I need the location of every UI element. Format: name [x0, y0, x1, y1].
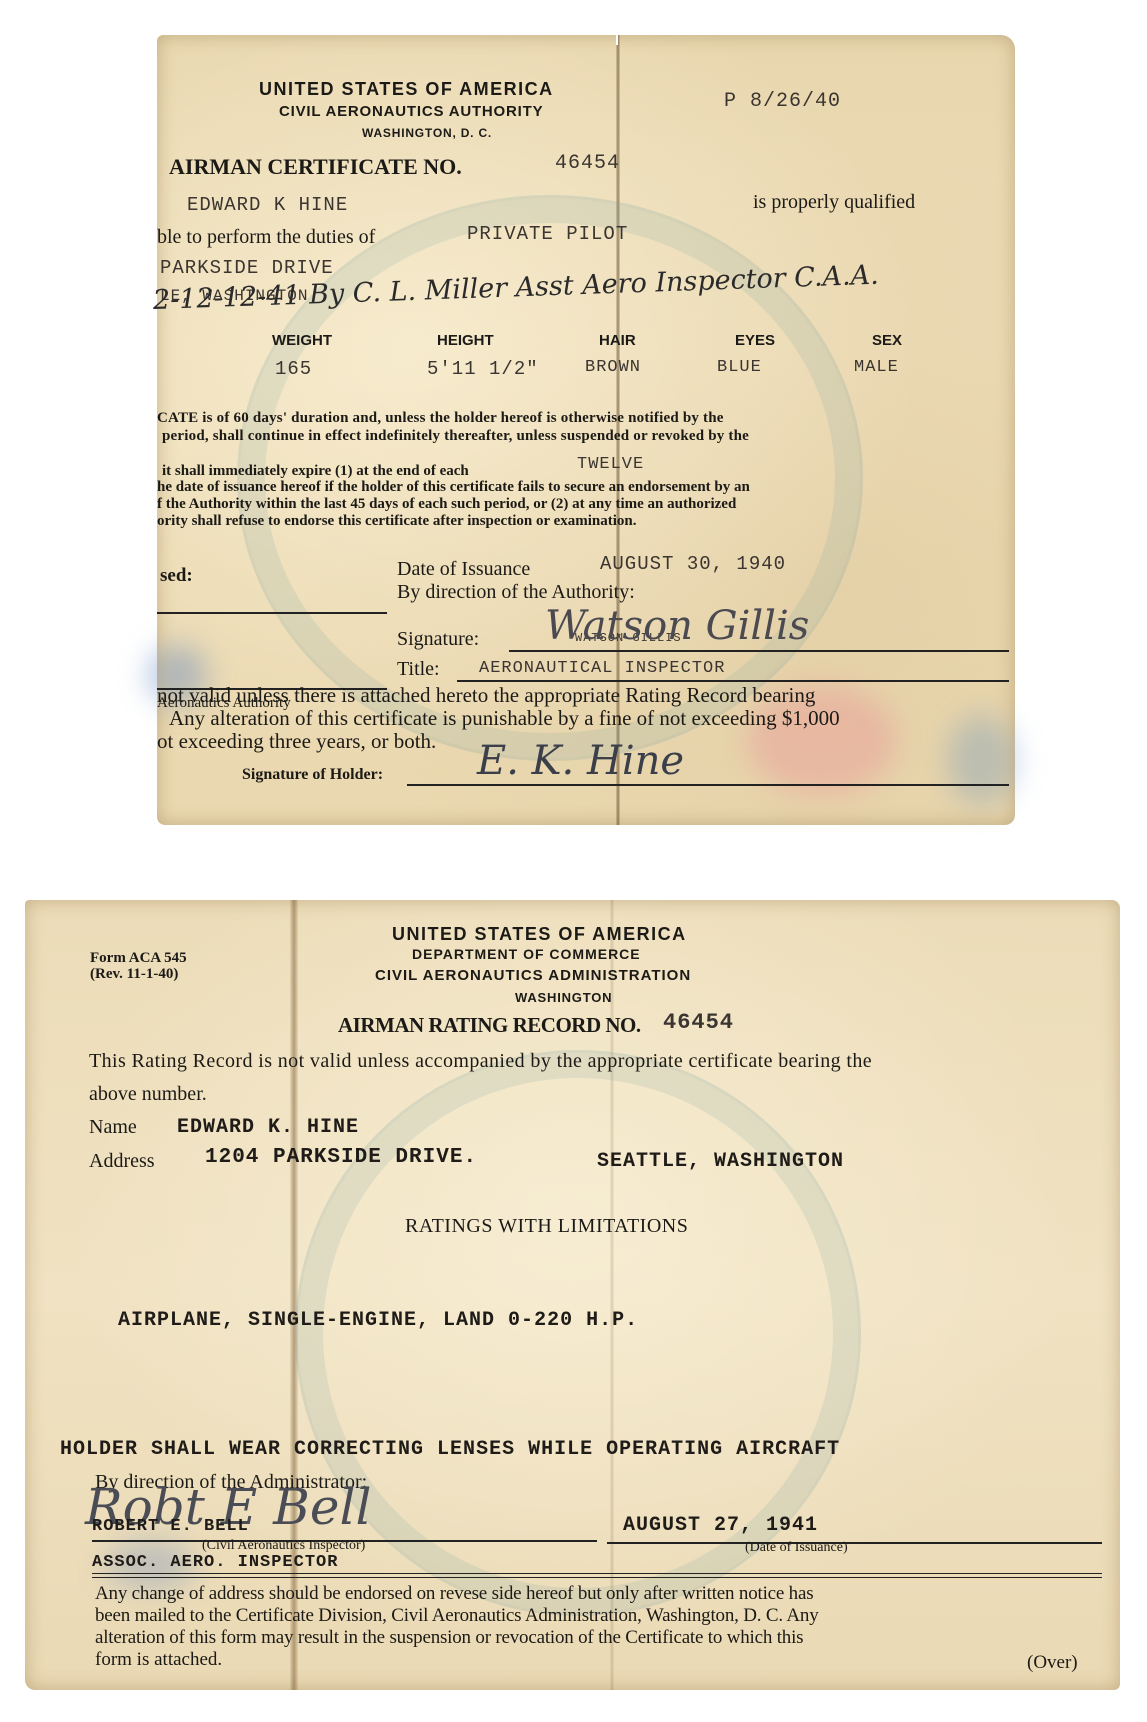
value-height: 5'11 1/2"	[427, 358, 539, 380]
terms-line-2: period, shall continue in effect indefin…	[162, 428, 749, 445]
rating-value: AIRPLANE, SINGLE-ENGINE, LAND 0-220 H.P.	[118, 1309, 638, 1332]
terms-line-1: CATE is of 60 days' duration and, unless…	[157, 410, 1012, 427]
certificate-title: AIRMAN CERTIFICATE NO.	[169, 154, 462, 180]
direction-label: By direction of the Authority:	[397, 581, 635, 604]
label-eyes: EYES	[735, 332, 775, 349]
airman-certificate: UNITED STATES OF AMERICA CIVIL AERONAUTI…	[157, 35, 1015, 825]
blue-stain-right	[947, 715, 1017, 805]
validity-line-3: ot exceeding three years, or both.	[157, 729, 436, 754]
holder-signature: E. K. Hine	[477, 738, 684, 784]
validity-line-2: above number.	[89, 1083, 207, 1106]
date-of-issuance-value: AUGUST 30, 1940	[600, 553, 786, 575]
title-field-value: AERONAUTICAL INSPECTOR	[479, 659, 725, 678]
label-sex: SEX	[872, 332, 902, 349]
stamp-date: P 8/26/40	[724, 90, 841, 113]
title-rule-2	[92, 1577, 1102, 1578]
validity-line-1: This Rating Record is not valid unless a…	[89, 1050, 872, 1073]
header-city: WASHINGTON	[515, 990, 612, 1005]
value-eyes: BLUE	[717, 358, 762, 377]
terms-line-3: it shall immediately expire (1) at the e…	[162, 463, 469, 480]
issued-rule	[157, 612, 387, 614]
validity-line-1: not valid unless there is attached heret…	[157, 683, 815, 708]
qualified-text: is properly qualified	[753, 191, 915, 214]
over-label: (Over)	[1027, 1652, 1078, 1674]
title-rule	[92, 1573, 1102, 1574]
header-department: DEPARTMENT OF COMMERCE	[412, 946, 641, 962]
form-rev: (Rev. 11-1-40)	[90, 966, 178, 983]
tear-notch	[616, 33, 618, 45]
signature-rule	[509, 650, 1009, 652]
holder-name: EDWARD K HINE	[187, 194, 348, 216]
form-id: Form ACA 545	[90, 950, 187, 966]
header-country: UNITED STATES OF AMERICA	[259, 79, 554, 100]
value-hair: BROWN	[585, 358, 641, 377]
terms-line-5: f the Authority within the last 45 days …	[157, 496, 736, 513]
address-label: Address	[89, 1150, 155, 1173]
airman-rating-record: Form ACA 545 (Rev. 11-1-40) UNITED STATE…	[25, 900, 1120, 1690]
label-hair: HAIR	[599, 332, 636, 349]
header-country: UNITED STATES OF AMERICA	[392, 924, 687, 945]
period-value: TWELVE	[577, 455, 644, 474]
notice-line-1: Any change of address should be endorsed…	[95, 1583, 813, 1605]
limitation-value: HOLDER SHALL WEAR CORRECTING LENSES WHIL…	[60, 1438, 840, 1461]
value-weight: 165	[275, 358, 312, 380]
inspector-title: ASSOC. AERO. INSPECTOR	[92, 1553, 338, 1572]
signature-label: Signature:	[397, 628, 479, 651]
inspector-signature: Watson Gillis	[545, 603, 809, 649]
inspector-caption: (Civil Aeronautics Inspector)	[202, 1538, 365, 1554]
issue-date: AUGUST 27, 1941	[623, 1514, 818, 1537]
issue-date-rule	[607, 1542, 1102, 1544]
notice-line-2: been mailed to the Certificate Division,…	[95, 1605, 819, 1627]
address-city: SEATTLE, WASHINGTON	[597, 1150, 844, 1173]
certificate-number: 46454	[555, 152, 620, 175]
address-line1: PARKSIDE DRIVE	[160, 257, 334, 279]
value-sex: MALE	[854, 358, 899, 377]
duties-value: PRIVATE PILOT	[467, 223, 628, 245]
terms-line-4: he date of issuance hereof if the holder…	[157, 479, 750, 496]
duties-label: ble to perform the duties of	[157, 226, 375, 249]
header-agency: CIVIL AERONAUTICS ADMINISTRATION	[375, 967, 691, 984]
notice-line-3: alteration of this form may result in th…	[95, 1627, 803, 1649]
validity-line-2: Any alteration of this certificate is pu…	[169, 706, 840, 731]
date-of-issuance-label: Date of Issuance	[397, 558, 530, 581]
record-number: 46454	[663, 1010, 734, 1035]
label-weight: WEIGHT	[272, 332, 332, 349]
inspector-name: ROBERT E. BELL	[92, 1517, 249, 1536]
ratings-heading: RATINGS WITH LIMITATIONS	[405, 1215, 688, 1238]
issue-date-caption: (Date of Issuance)	[745, 1540, 848, 1556]
name-label: Name	[89, 1116, 137, 1139]
header-city: WASHINGTON, D. C.	[362, 126, 492, 140]
terms-line-6: ority shall refuse to endorse this certi…	[157, 513, 637, 530]
header-agency: CIVIL AERONAUTICS AUTHORITY	[279, 103, 543, 120]
title-rule	[457, 680, 1009, 682]
title-field-label: Title:	[397, 658, 440, 681]
holder-signature-rule	[407, 784, 1009, 786]
address-street: 1204 PARKSIDE DRIVE.	[205, 1146, 477, 1169]
record-title: AIRMAN RATING RECORD NO.	[338, 1013, 641, 1038]
label-height: HEIGHT	[437, 332, 494, 349]
notice-line-4: form is attached.	[95, 1649, 222, 1671]
holder-signature-label: Signature of Holder:	[242, 766, 383, 784]
name-value: EDWARD K. HINE	[177, 1116, 359, 1139]
issued-label: sed:	[160, 565, 193, 587]
